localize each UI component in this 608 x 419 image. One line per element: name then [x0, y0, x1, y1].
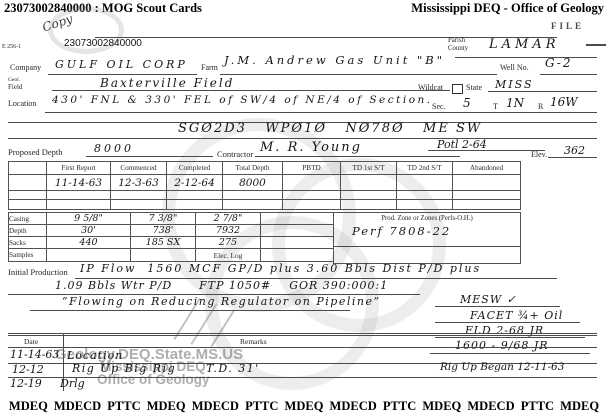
cell-completed: 2-12-64: [167, 175, 223, 191]
remarks-row-rule: [8, 377, 597, 378]
wildcat-label: Wildcat: [418, 83, 443, 92]
form-number: E 256-1: [2, 44, 21, 50]
proposed-depth-value: 8000: [94, 143, 134, 154]
casing-size-3: 2 7/8": [196, 213, 261, 225]
proposed-depth-label: Proposed Depth: [8, 147, 63, 157]
empty-cell: [47, 249, 131, 262]
empty-cell: [9, 191, 47, 200]
cell-abandoned: [453, 175, 521, 191]
side-note-underline: [435, 322, 580, 323]
casing-size-2: 7 3/8": [131, 213, 196, 225]
casing-sacks-2: 185 SX: [131, 237, 196, 249]
file-stamp: FILE: [551, 21, 584, 31]
prod-zone-inner-rule: [334, 246, 520, 247]
sec-twp-rng-underline: [428, 112, 597, 113]
section-label: Sec.: [432, 102, 446, 111]
sacks-row-label: Sacks: [9, 237, 47, 249]
empty-cell: [223, 200, 283, 210]
farm-label: Farm: [201, 63, 218, 72]
code-line-value: SGØ2D3 WPØ1Ø NØ78Ø ME SW: [178, 122, 482, 135]
elec-log-label: Elec. Log: [196, 249, 261, 262]
elevation-underline: [548, 157, 597, 158]
col-header-commenced: Commenced: [111, 162, 167, 175]
code-underline: [8, 138, 597, 139]
potential-note: Potl 2-64: [437, 139, 487, 150]
company-underline: [48, 74, 197, 75]
section-value: 5: [463, 97, 471, 109]
casing-depth-1: 30': [47, 225, 131, 237]
empty-cell: [261, 213, 334, 225]
depth-row-label: Depth: [9, 225, 47, 237]
location-label: Location: [8, 99, 36, 108]
company-label: Company: [10, 63, 41, 72]
elevation-value: 362: [564, 145, 585, 156]
empty-cell: [167, 200, 223, 210]
county-value: LAMAR: [489, 38, 560, 51]
agency-title: Mississippi DEQ - Office of Geology: [411, 1, 604, 16]
card-edge-tick: [586, 44, 606, 46]
empty-cell: [261, 237, 334, 249]
scout-card-page: 23073002840000 : MOG Scout Cards Mississ…: [0, 0, 608, 419]
field-value: Baxterville Field: [100, 77, 234, 89]
side-note-1600: 1600 - 9/68 JR: [455, 340, 549, 351]
company-value: GULF OIL CORP: [55, 59, 188, 70]
township-label: T: [493, 102, 498, 111]
side-note-underline: [435, 306, 560, 307]
remarks-top-rule: [8, 333, 597, 334]
remark-row-text: Rig Up Big Rig T.D. 31': [72, 363, 260, 374]
remark-row-date: 12-19: [10, 378, 42, 389]
empty-cell: [111, 200, 167, 210]
range-value: 16W: [550, 96, 578, 108]
remarks-top-rule-2: [8, 335, 597, 336]
remark-row-date: 12-12: [12, 364, 44, 375]
cell-first-report: 11-14-63: [47, 175, 111, 191]
casing-table: Casing 9 5/8" 7 3/8" 2 7/8" Depth 30' 73…: [8, 212, 334, 262]
col-header-abandoned: Abandoned: [453, 162, 521, 175]
empty-cell: [341, 200, 397, 210]
ip-underline-3: [30, 310, 350, 311]
empty-cell: [397, 200, 453, 210]
casing-row-label: Casing: [9, 213, 47, 225]
cell-td-1st: [341, 175, 397, 191]
initial-production-line1: IP Flow 1560 MCF GP/D plus 3.60 Bbls Dis…: [80, 263, 481, 274]
state-label: State: [466, 83, 482, 92]
col-header-first-report: First Report: [47, 162, 111, 175]
cell-td-2nd: [397, 175, 453, 191]
side-note-mesw: MESW ✓: [460, 294, 517, 305]
well-no-value: G-2: [545, 57, 573, 69]
stub-cell: [9, 175, 47, 191]
col-header-td-1st: TD 1st S/T: [341, 162, 397, 175]
elevation-label: Elev.: [531, 150, 547, 159]
casing-depth-2: 738': [131, 225, 196, 237]
remark-row-date: 11-14-63: [10, 349, 59, 360]
initial-production-line2: 1.09 Bbls Wtr P/D FTP 1050# GOR 390:000:…: [55, 280, 388, 291]
stub-header-cell: [9, 162, 47, 175]
remark-row-note: Rig Up Began 12-11-63: [440, 362, 564, 373]
well-no-label: Well No.: [500, 63, 529, 72]
county-label: County: [448, 45, 468, 52]
range-label: R: [538, 102, 543, 111]
remarks-header-bottom-rule: [8, 347, 597, 348]
location-value: 430' FNL & 330' FEL of SW/4 of NE/4 of S…: [52, 95, 433, 106]
empty-cell: [47, 191, 111, 200]
contractor-underline: [255, 156, 460, 157]
remark-row-text: Location: [67, 350, 123, 361]
township-value: 1N: [506, 97, 524, 109]
county-underline: [455, 57, 597, 58]
farm-underline: [220, 74, 497, 75]
empty-cell: [453, 200, 521, 210]
remark-row-text: Drlg: [60, 378, 85, 389]
prod-zone-box: Prod. Zone or Zones (Perfs-O.H.) Perf 78…: [333, 212, 521, 264]
empty-cell: [223, 191, 283, 200]
empty-cell: [167, 191, 223, 200]
footer-banner: MDEQ MDECD PTTC MDEQ MDECD PTTC MDEQ MDE…: [0, 399, 608, 414]
empty-cell: [131, 249, 196, 262]
potential-underline: [428, 150, 545, 151]
date-header: Date: [24, 337, 38, 346]
drilling-record-table: First Report Commenced Completed Total D…: [8, 161, 521, 210]
col-header-total-depth: Total Depth: [223, 162, 283, 175]
empty-cell: [47, 200, 111, 210]
empty-cell: [9, 200, 47, 210]
empty-cell: [261, 249, 334, 262]
side-note-facet: FACET ¾+ Oil: [470, 310, 563, 321]
casing-sacks-1: 440: [47, 237, 131, 249]
samples-row-label: Samples: [9, 249, 47, 262]
card-top-rule: [95, 37, 557, 38]
parish-label: Parish: [448, 37, 465, 44]
empty-cell: [261, 225, 334, 237]
casing-sacks-3: 275: [196, 237, 261, 249]
casing-size-1: 9 5/8": [47, 213, 131, 225]
farm-value: J.M. Andrew Gas Unit "B": [224, 55, 445, 67]
contractor-value: M. R. Young: [260, 141, 362, 154]
state-underline: [488, 91, 597, 92]
col-header-pbtd: PBTD: [283, 162, 341, 175]
initial-production-line3: “Flowing on Reducing Regulator on Pipeli…: [62, 296, 381, 307]
prod-zone-value: Perf 7808-22: [352, 226, 451, 238]
empty-cell: [283, 191, 341, 200]
prod-zone-label: Prod. Zone or Zones (Perfs-O.H.): [334, 215, 520, 222]
cell-commenced: 12-3-63: [111, 175, 167, 191]
side-note-underline: [435, 337, 585, 338]
contractor-label: Contractor: [217, 149, 253, 159]
remarks-header: Remarks: [240, 337, 267, 346]
proposed-depth-underline: [86, 156, 213, 157]
col-header-td-2nd: TD 2nd S/T: [397, 162, 453, 175]
empty-cell: [397, 191, 453, 200]
initial-production-label: Initial Production: [8, 267, 68, 277]
empty-cell: [111, 191, 167, 200]
empty-cell: [341, 191, 397, 200]
cell-pbtd: [283, 175, 341, 191]
api-number: 23073002840000: [64, 38, 142, 49]
side-note-underline: [430, 353, 590, 354]
empty-cell: [453, 191, 521, 200]
well-no-underline: [540, 74, 597, 75]
location-underline: [45, 112, 428, 113]
empty-cell: [283, 200, 341, 210]
casing-depth-3: 7932: [196, 225, 261, 237]
state-value: MISS: [495, 79, 534, 90]
col-header-completed: Completed: [167, 162, 223, 175]
field-label: Field: [8, 83, 22, 91]
cell-total-depth: 8000: [223, 175, 283, 191]
wildcat-checkbox: [452, 84, 463, 94]
field-underline: [52, 90, 450, 91]
